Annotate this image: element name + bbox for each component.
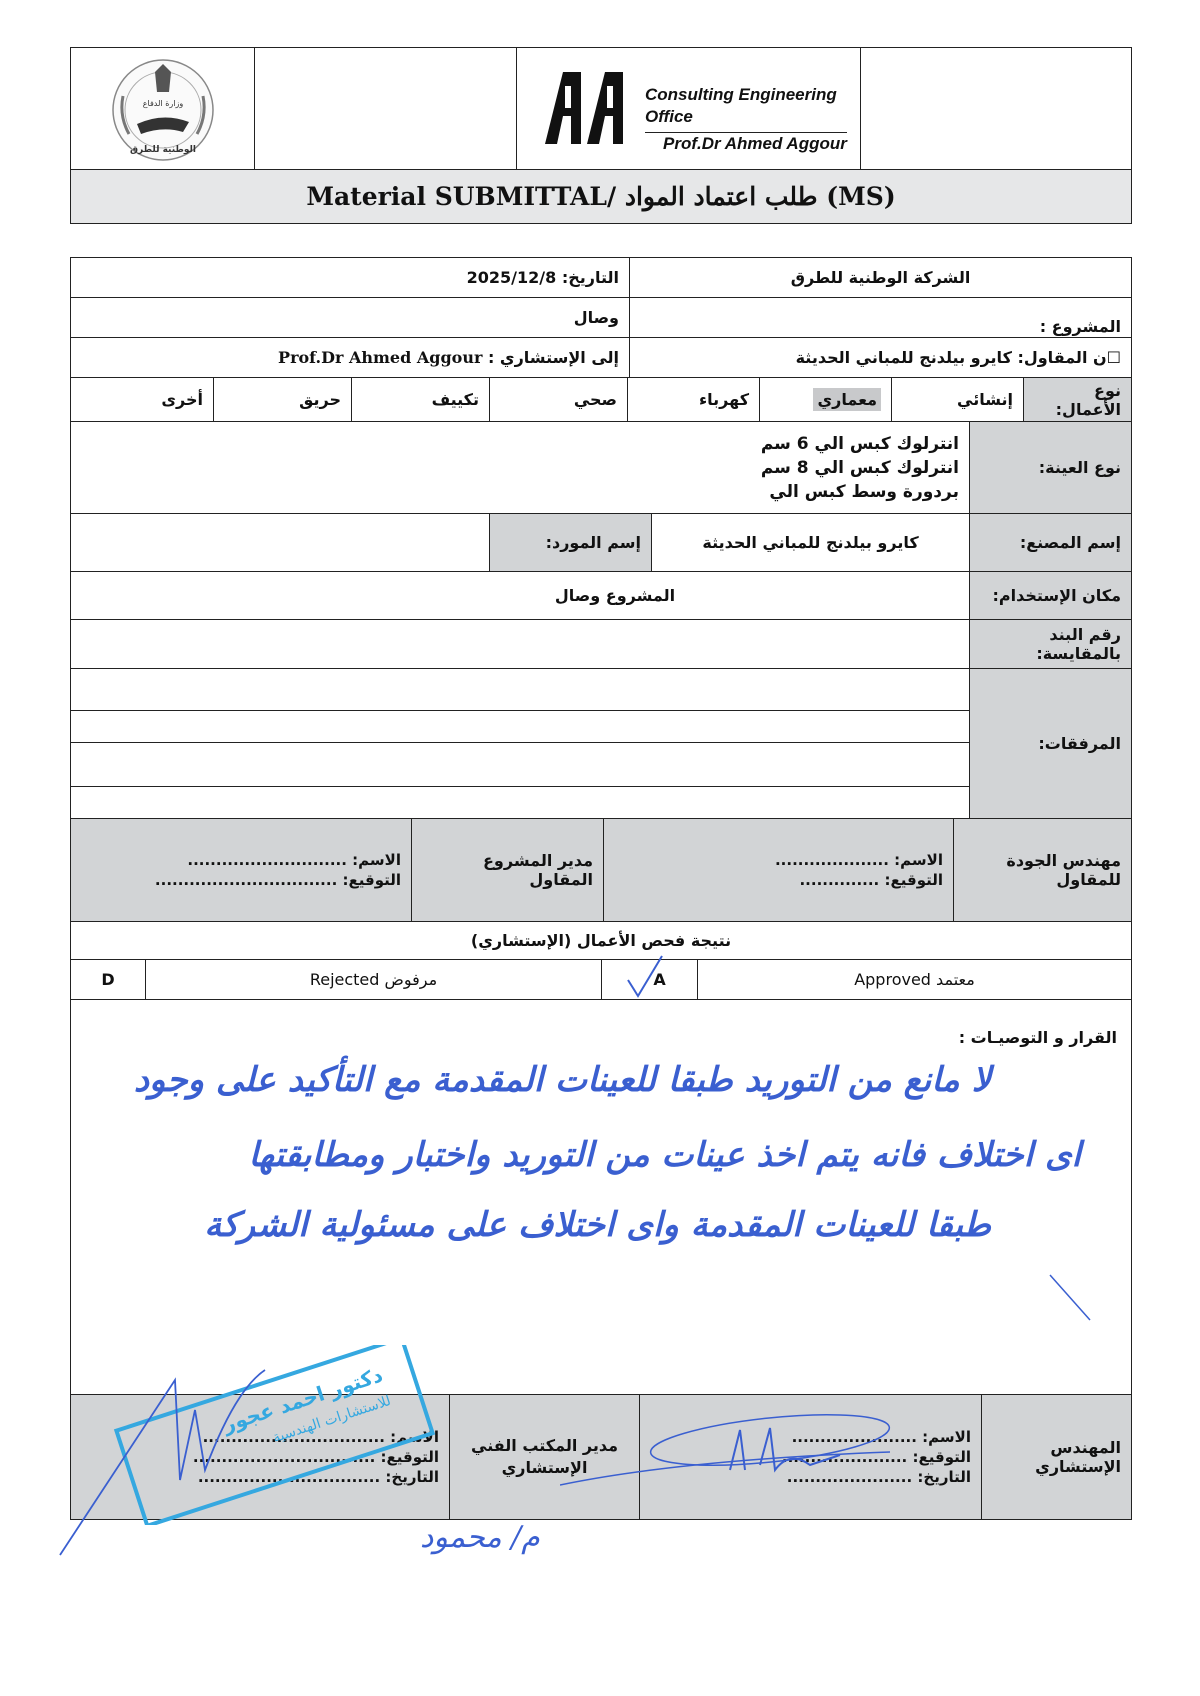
document-header: وزارة الدفاع الوطنية للطرق Consulting En… [70, 47, 1132, 224]
approved-option[interactable]: معتمد Approved [697, 960, 1131, 999]
attachment-line[interactable] [71, 669, 969, 711]
approval-options-row: معتمد Approved A مرفوض Rejected D [71, 960, 1131, 1000]
client-date-row: الشركة الوطنية للطرق التاريخ: 2025/12/8 [71, 258, 1131, 298]
usage-row: مكان الإستخدام: المشروع وصال [71, 572, 1131, 620]
decision-handwriting-line: طبقا للعينات المقدمة واى اختلاف على مسئو… [204, 1205, 991, 1245]
date-label: التاريخ: [562, 268, 619, 287]
decision-label: القرار و التوصيـات : [71, 1028, 1117, 1047]
works-type-option-fire[interactable]: حريق [213, 378, 351, 421]
usage-value-field[interactable]: المشروع وصال [71, 572, 969, 619]
usage-label: مكان الإستخدام: [969, 572, 1131, 619]
project-label-cell: المشروع : [629, 298, 1131, 337]
inspection-result-title-row: نتيجة فحص الأعمال (الإستشاري) [71, 922, 1131, 960]
inspection-result-title: نتيجة فحص الأعمال (الإستشاري) [71, 922, 1131, 959]
works-type-row: نوع الأعمال: إنشائي معماري كهرباء صحي تك… [71, 378, 1131, 422]
works-type-option-other[interactable]: أخرى [71, 378, 213, 421]
consultant-field[interactable]: إلى الإستشاري : Prof.Dr Ahmed Aggour [71, 338, 629, 377]
header-consultant-logo-cell: Consulting Engineering Office Prof.Dr Ah… [517, 48, 861, 169]
technical-office-manager-signature-field[interactable]: الاسم: ................................ … [71, 1395, 449, 1519]
sample-line: انترلوك كبس الي 6 سم [761, 432, 959, 456]
sample-line: انترلوك كبس الي 8 سم [761, 456, 959, 480]
footer-handwritten-name: م/ محمود [420, 1520, 540, 1555]
national-roads-seal-icon: وزارة الدفاع الوطنية للطرق [109, 56, 217, 164]
header-seal-cell: وزارة الدفاع الوطنية للطرق [71, 48, 255, 169]
project-row: المشروع : وصال [71, 298, 1131, 338]
consultant-office-name: Consulting Engineering Office [645, 84, 860, 128]
attachment-line[interactable] [71, 787, 969, 818]
supplier-label: إسم المورد: [489, 514, 651, 571]
attachments-list [71, 669, 969, 818]
aa-logo-icon [545, 72, 635, 144]
decision-row: القرار و التوصيـات : لا مانع من التوريد … [71, 1000, 1131, 1395]
date-value: 2025/12/8 [467, 268, 557, 287]
works-type-option-electrical[interactable]: كهرباء [627, 378, 759, 421]
decision-field[interactable]: القرار و التوصيـات : لا مانع من التوريد … [71, 1000, 1131, 1394]
approved-code-checkbox[interactable]: A [601, 960, 697, 999]
works-type-label: نوع الأعمال: [1023, 378, 1131, 421]
sample-type-value[interactable]: انترلوك كبس الي 6 سم انترلوك كبس الي 8 س… [71, 422, 969, 513]
works-type-option-hvac[interactable]: تكييف [351, 378, 489, 421]
material-submittal-page: وزارة الدفاع الوطنية للطرق Consulting En… [0, 0, 1200, 1696]
works-type-option-plumbing[interactable]: صحي [489, 378, 627, 421]
attachment-line[interactable] [71, 711, 969, 743]
sample-line: بردورة وسط كبس الي [769, 480, 959, 504]
consultant-signoff-row: المهندس الإستشاري الاسم: ...............… [71, 1395, 1131, 1519]
contractor-field[interactable]: ☐ ن المقاول: كايرو بيلدنج للمباني الحديث… [629, 338, 1131, 377]
consultant-engineer-label: المهندس الإستشاري [981, 1395, 1131, 1519]
consultant-person-name: Prof.Dr Ahmed Aggour [645, 132, 847, 155]
submittal-form: الشركة الوطنية للطرق التاريخ: 2025/12/8 … [70, 257, 1132, 1520]
boq-row: رقم البند بالمقايسة: [71, 620, 1131, 669]
decision-handwriting-line: اى اختلاف فانه يتم اخذ عينات من التوريد … [249, 1135, 1081, 1175]
consultant-value: Prof.Dr Ahmed Aggour [278, 348, 482, 367]
contractor-checkbox[interactable]: ☐ [1107, 348, 1121, 367]
attachment-line[interactable] [71, 743, 969, 787]
header-logo-row: وزارة الدفاع الوطنية للطرق Consulting En… [71, 48, 1131, 170]
factory-label: إسم المصنع: [969, 514, 1131, 571]
decision-handwriting-line: لا مانع من التوريد طبقا للعينات المقدمة … [134, 1060, 991, 1100]
supplier-value-field[interactable] [71, 514, 489, 571]
sample-type-label: نوع العينة: [969, 422, 1131, 513]
boq-label: رقم البند بالمقايسة: [969, 620, 1131, 668]
consultant-engineer-signature-field[interactable]: الاسم: ...................... التوقيع: .… [639, 1395, 981, 1519]
works-type-option-structural[interactable]: إنشائي [891, 378, 1023, 421]
date-field[interactable]: التاريخ: 2025/12/8 [71, 258, 629, 297]
boq-value-field[interactable] [71, 620, 969, 668]
rejected-option[interactable]: مرفوض Rejected [145, 960, 601, 999]
form-title: Material SUBMITTAL/ طلب اعتماد المواد (M… [71, 170, 1131, 223]
project-manager-label: مدير المشروع المقاول [411, 819, 603, 921]
attachments-label: المرفقات: [969, 669, 1131, 818]
svg-text:الوطنية للطرق: الوطنية للطرق [130, 145, 196, 155]
rejected-code-checkbox[interactable]: D [71, 960, 145, 999]
works-type-option-architectural[interactable]: معماري [759, 378, 891, 421]
contractor-signoff-row: مهندس الجودة للمقاول الاسم: ............… [71, 819, 1131, 922]
contractor-label: ن المقاول: [1017, 348, 1106, 367]
consultant-name-block: Consulting Engineering Office Prof.Dr Ah… [645, 84, 860, 155]
project-value: وصال [574, 308, 619, 327]
checkmark-icon [622, 952, 672, 1002]
contractor-consultant-row: ☐ ن المقاول: كايرو بيلدنج للمباني الحديث… [71, 338, 1131, 378]
technical-office-manager-label: مدير المكتب الفني الإستشاري [449, 1395, 639, 1519]
attachments-row: المرفقات: [71, 669, 1131, 819]
factory-value-field[interactable]: كايرو بيلدنج للمباني الحديثة [651, 514, 969, 571]
header-empty-cell-right [861, 48, 1131, 169]
qa-engineer-signature-field[interactable]: الاسم: .................... التوقيع: ...… [603, 819, 953, 921]
header-empty-cell [255, 48, 517, 169]
sample-type-row: نوع العينة: انترلوك كبس الي 6 سم انترلوك… [71, 422, 1131, 514]
project-label: المشروع : [1040, 317, 1121, 336]
svg-text:وزارة الدفاع: وزارة الدفاع [143, 99, 184, 108]
qa-engineer-label: مهندس الجودة للمقاول [953, 819, 1131, 921]
project-manager-signature-field[interactable]: الاسم: ............................ التو… [71, 819, 411, 921]
factory-supplier-row: إسم المصنع: كايرو بيلدنج للمباني الحديثة… [71, 514, 1131, 572]
project-value-field[interactable]: وصال [71, 298, 629, 337]
client-name: الشركة الوطنية للطرق [629, 258, 1131, 297]
consultant-label: إلى الإستشاري : [488, 348, 619, 367]
contractor-value: كايرو بيلدنج للمباني الحديثة [796, 348, 1012, 367]
